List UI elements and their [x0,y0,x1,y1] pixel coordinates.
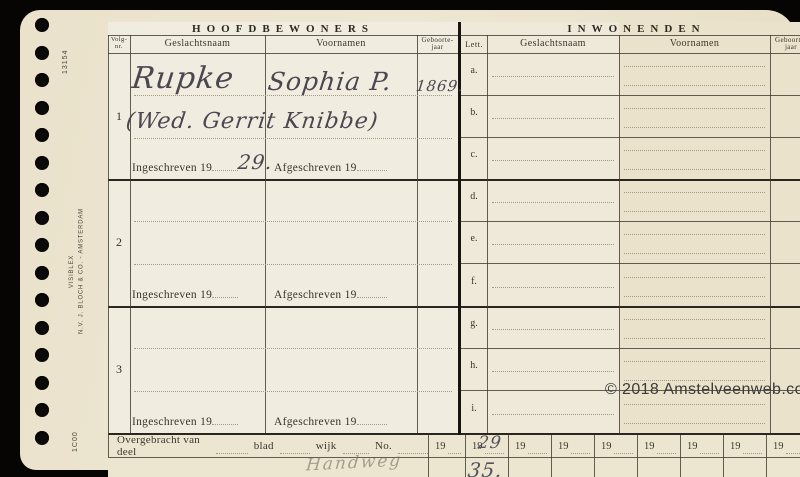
writing-line [624,211,765,212]
binder-hole [35,238,49,252]
scanned-register-card: 13154 VISIBLEX N.V. J. BLOCH & CO. - AMS… [0,0,800,477]
entry-geboortejaar: 1869. [415,77,465,95]
stock-number: 13154 [62,30,69,74]
ingeschreven-line: Ingeschreven 19 29. [132,159,238,174]
inwonende-row-b: b. [461,95,800,138]
dotted-blank [357,159,387,171]
dotted-blank [216,442,248,454]
dotted-blank [700,442,720,454]
afgeschreven-label: Afgeschreven 19 [274,289,357,301]
entry-geslachtsnaam: Rupke [130,61,236,96]
inwonende-row-f: f. [461,264,800,306]
binder-hole [35,73,49,87]
lett-value: e. [461,233,487,244]
volgnr-value: 3 [108,306,130,433]
lett-value: d. [461,191,487,202]
writing-line [134,348,452,349]
binder-hole [35,266,49,280]
year-prefix: 19 [773,441,784,452]
year-cell: 19 [680,435,723,457]
writing-line [624,85,765,86]
dotted-blank [743,442,763,454]
ingeschreven-label: Ingeschreven 19 [132,289,212,301]
binder-hole [35,431,49,445]
dotted-blank [212,159,238,171]
header-volgnr: Volg- nr. [108,35,130,53]
writing-line [134,391,452,392]
header-geslachtsnaam-left: Geslachtsnaam [130,35,265,53]
watermark: © 2018 Amstelveenweb.com [605,381,800,399]
inwonende-row-d: d. [461,179,800,222]
blad-label: blad [254,440,274,452]
afgeschreven-line: Afgeschreven 19 [274,413,387,428]
lett-value: f. [461,276,487,287]
dotted-blank [571,442,591,454]
year-prefix: 19 [435,441,446,452]
dotted-blank [448,442,462,454]
header-voornamen-right: Voornamen [619,35,770,53]
binder-hole [35,211,49,225]
year-cell: 19 [637,435,680,457]
wijk-label: wijk [316,440,337,452]
writing-line [624,169,765,170]
overgebracht-label: Overgebracht van deel [117,434,210,458]
year-cell: 19 [428,435,465,457]
afgeschreven-line: Afgeschreven 19 [274,159,387,174]
binder-hole [35,183,49,197]
binder-hole [35,348,49,362]
lett-value: b. [461,107,487,118]
printer-address: N.V. J. BLOCH & CO. - AMSTERDAM [78,182,88,360]
year-prefix: 19 [558,441,569,452]
lett-value: a. [461,65,487,76]
form-code: 1C00 [72,402,79,452]
year-prefix: 19 [515,441,526,452]
writing-line [134,264,452,265]
writing-line [624,423,765,424]
afgeschreven-label: Afgeschreven 19 [274,162,357,174]
binder-hole [35,403,49,417]
dotted-blank [212,286,238,298]
printer-brand: VISIBLEX [68,182,78,360]
dotted-blank [657,442,677,454]
year-cell: 19 [551,435,594,457]
lett-value: g. [461,318,487,329]
register-form: HOOFDBEWONERS INWONENDEN [108,22,800,477]
entry-footer-year-top: 29 [477,433,503,453]
writing-line [134,138,452,139]
header-lett: Lett. [461,35,487,53]
lett-value: h. [461,360,487,371]
writing-line [624,338,765,339]
lett-value: i. [461,403,487,414]
year-prefix: 19 [687,441,698,452]
binder-hole [35,128,49,142]
year-cell: 19 [766,435,800,457]
header-geboortejaar-right: Geboorte- jaar [770,35,800,53]
binder-hole [35,293,49,307]
hoofdbewoner-section-1: 1 Rupke Sophia P. 1869. (Wed. Gerrit Kni… [108,53,458,179]
writing-line [624,127,765,128]
ingeschreven-line: Ingeschreven 19 [132,413,238,428]
entry-voornamen: Sophia P. [266,67,393,96]
entry-ingeschreven-year: 29. [237,150,275,174]
binder-hole [35,46,49,60]
header-geslachtsnaam-right: Geslachtsnaam [487,35,619,53]
year-prefix: 19 [601,441,612,452]
inwonende-row-a: a. [461,53,800,96]
year-cell: 19 [594,435,637,457]
inwonende-row-e: e. [461,221,800,264]
ingeschreven-label: Ingeschreven 19 [132,416,212,428]
dotted-blank [357,286,387,298]
hoofdbewoner-section-3: 3 Ingeschreven 19 Afgeschreven 19 [108,306,458,433]
register-card-paper: 13154 VISIBLEX N.V. J. BLOCH & CO. - AMS… [20,10,796,470]
header-voornamen-left: Voornamen [265,35,417,53]
dotted-blank [786,442,800,454]
inwonende-row-g: g. [461,306,800,349]
binder-hole [35,101,49,115]
writing-line [134,221,452,222]
binder-hole [35,376,49,390]
printer-imprint: VISIBLEX N.V. J. BLOCH & CO. - AMSTERDAM [68,182,87,360]
entry-note: (Wed. Gerrit Knibbe) [124,109,379,134]
binder-hole [35,156,49,170]
hoofdbewoners-title: HOOFDBEWONERS [108,22,458,35]
year-cell: 19 [723,435,766,457]
dotted-blank [528,442,548,454]
dotted-blank [614,442,634,454]
ingeschreven-line: Ingeschreven 19 [132,286,238,301]
year-cell: 19 [508,435,551,457]
ingeschreven-label: Ingeschreven 19 [132,162,212,174]
inwonende-row-c: c. [461,137,800,179]
writing-line [624,253,765,254]
hoofdbewoner-section-2: 2 Ingeschreven 19 Afgeschreven 19 [108,179,458,306]
afgeschreven-line: Afgeschreven 19 [274,286,387,301]
volgnr-value: 2 [108,179,130,306]
writing-line [624,296,765,297]
binder-hole [35,321,49,335]
year-prefix: 19 [644,441,655,452]
dotted-blank [280,442,310,454]
header-geboortejaar-left: Geboorte- jaar [417,35,458,53]
dotted-blank [212,413,238,425]
lett-value: c. [461,149,487,160]
dotted-blank [357,413,387,425]
binder-hole [35,18,49,32]
inwonenden-title: INWONENDEN [461,22,800,35]
year-prefix: 19 [730,441,741,452]
entry-footer-year-bottom: 35. [467,458,505,477]
rule [108,457,800,458]
afgeschreven-label: Afgeschreven 19 [274,416,357,428]
